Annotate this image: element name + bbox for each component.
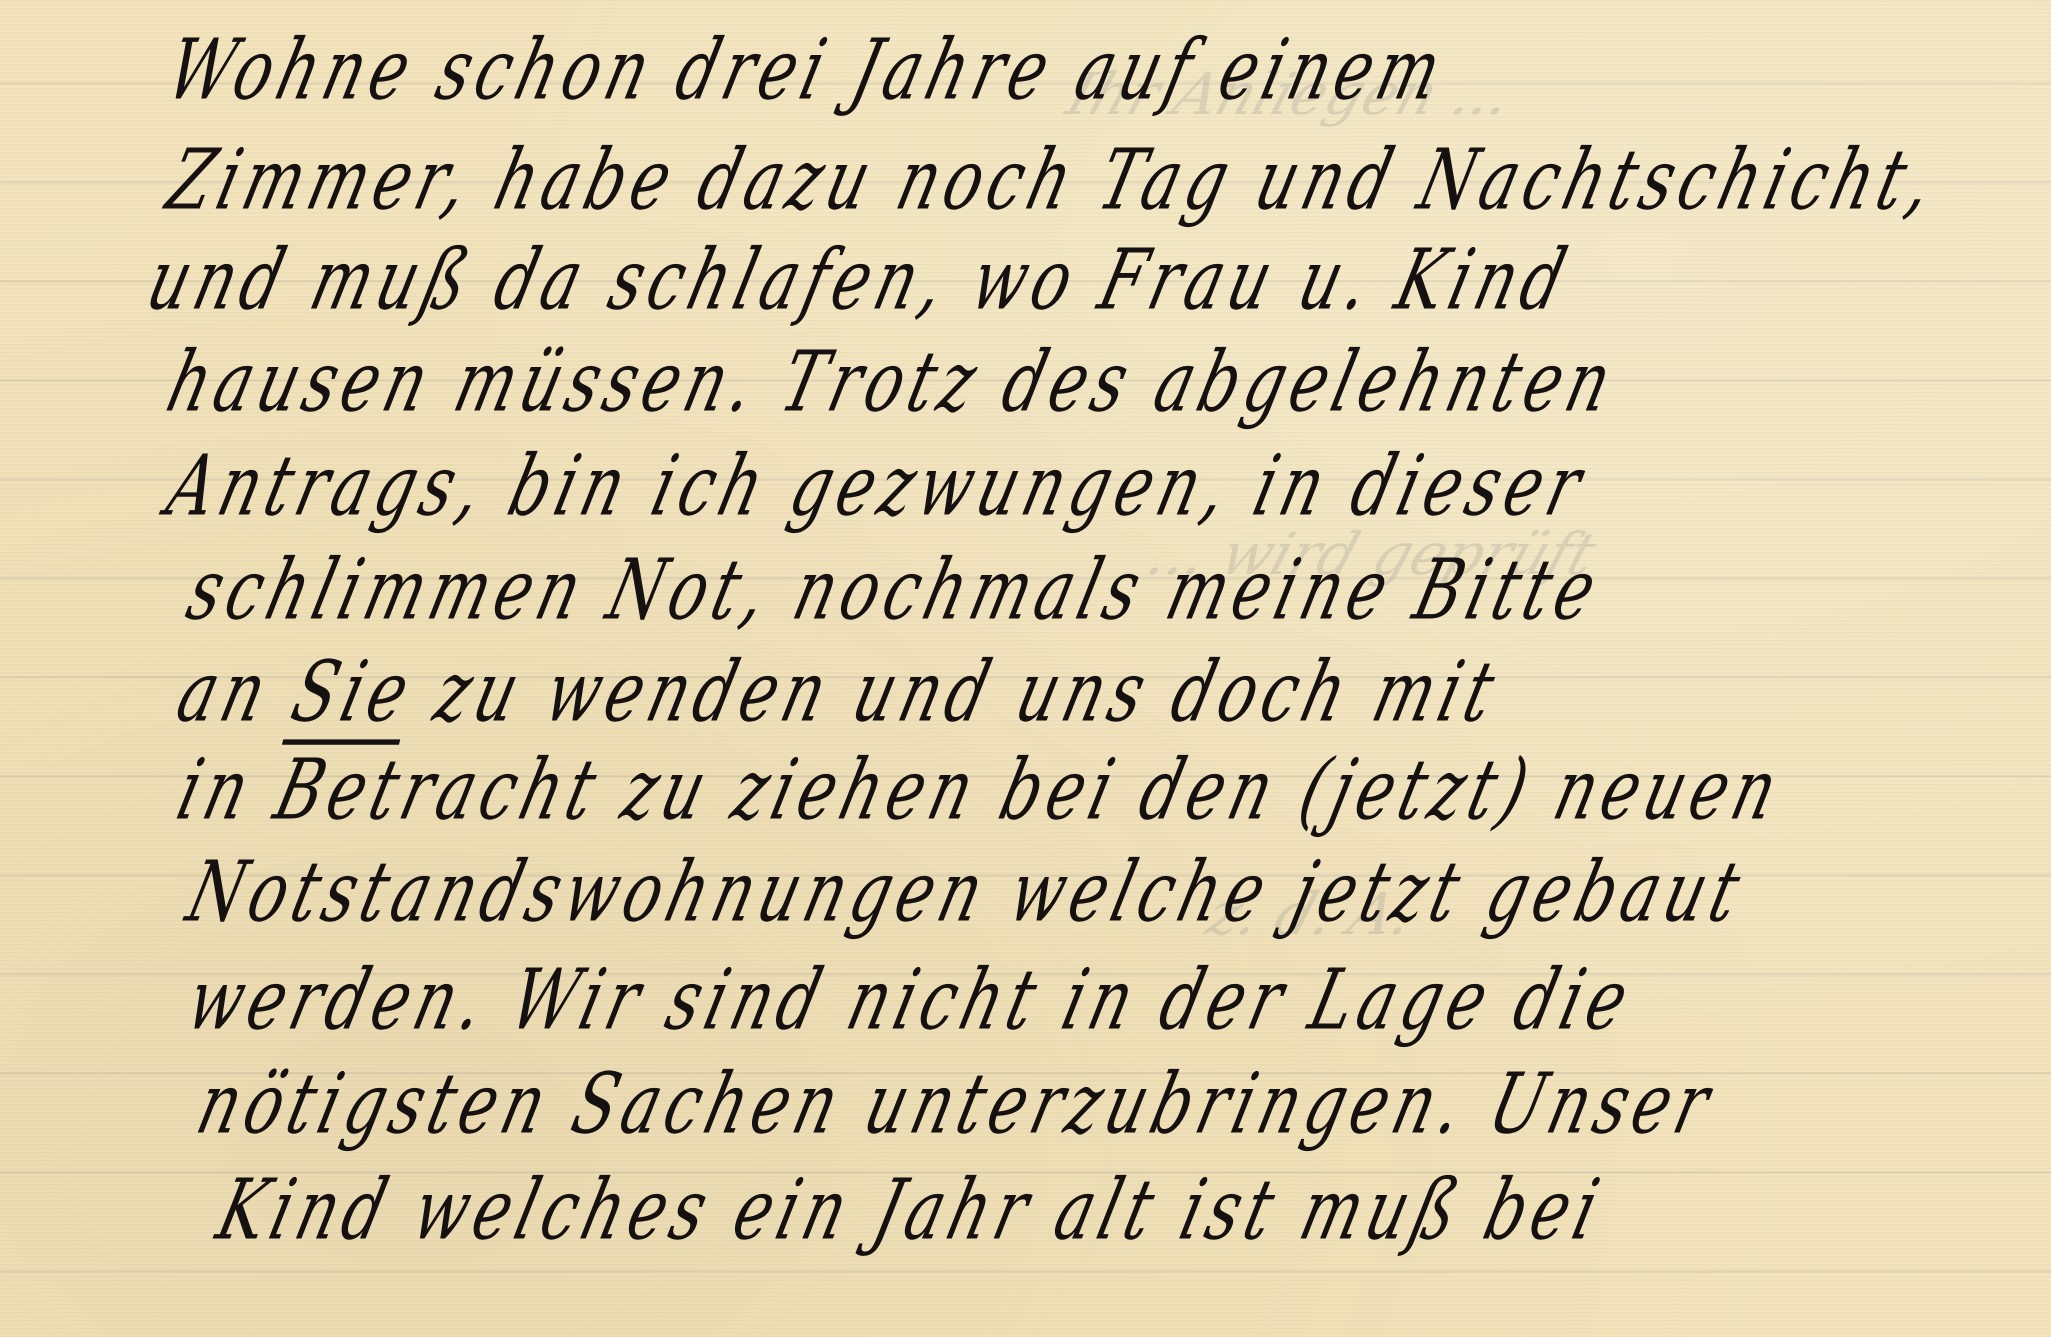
letter-text: zu wenden und uns doch mit [400,642,1510,741]
letter-line-2: Zimmer, habe dazu noch Tag und Nachtschi… [160,138,1946,222]
letter-line-8: in Betracht zu ziehen bei den (jetzt) ne… [170,748,1791,832]
letter-line-7: an Sie zu wenden und uns doch mit [170,650,1508,734]
letter-line-3: und muß da schlafen, wo Frau u. Kind [140,238,1579,322]
letter-line-10: werden. Wir sind nicht in der Lage die [180,958,1641,1042]
letter-line-12: Kind welches ein Jahr alt ist muß bei [210,1168,1612,1252]
letter-page: Ihr Anliegen ... ... wird geprüft z. d. … [0,0,2051,1337]
letter-line-5: Antrags, bin ich gezwungen, in dieser [160,444,1595,528]
letter-line-4: hausen müssen. Trotz des abgelehnten [160,340,1625,424]
letter-line-6: schlimmen Not, nochmals meine Bitte [180,548,1609,632]
letter-line-9: Notstandswohnungen welche jetzt gebaut [180,850,1753,934]
letter-line-1: Wohne schon drei Jahre auf einem [160,28,1454,112]
letter-line-11: nötigsten Sachen unterzubringen. Unser [190,1062,1723,1146]
